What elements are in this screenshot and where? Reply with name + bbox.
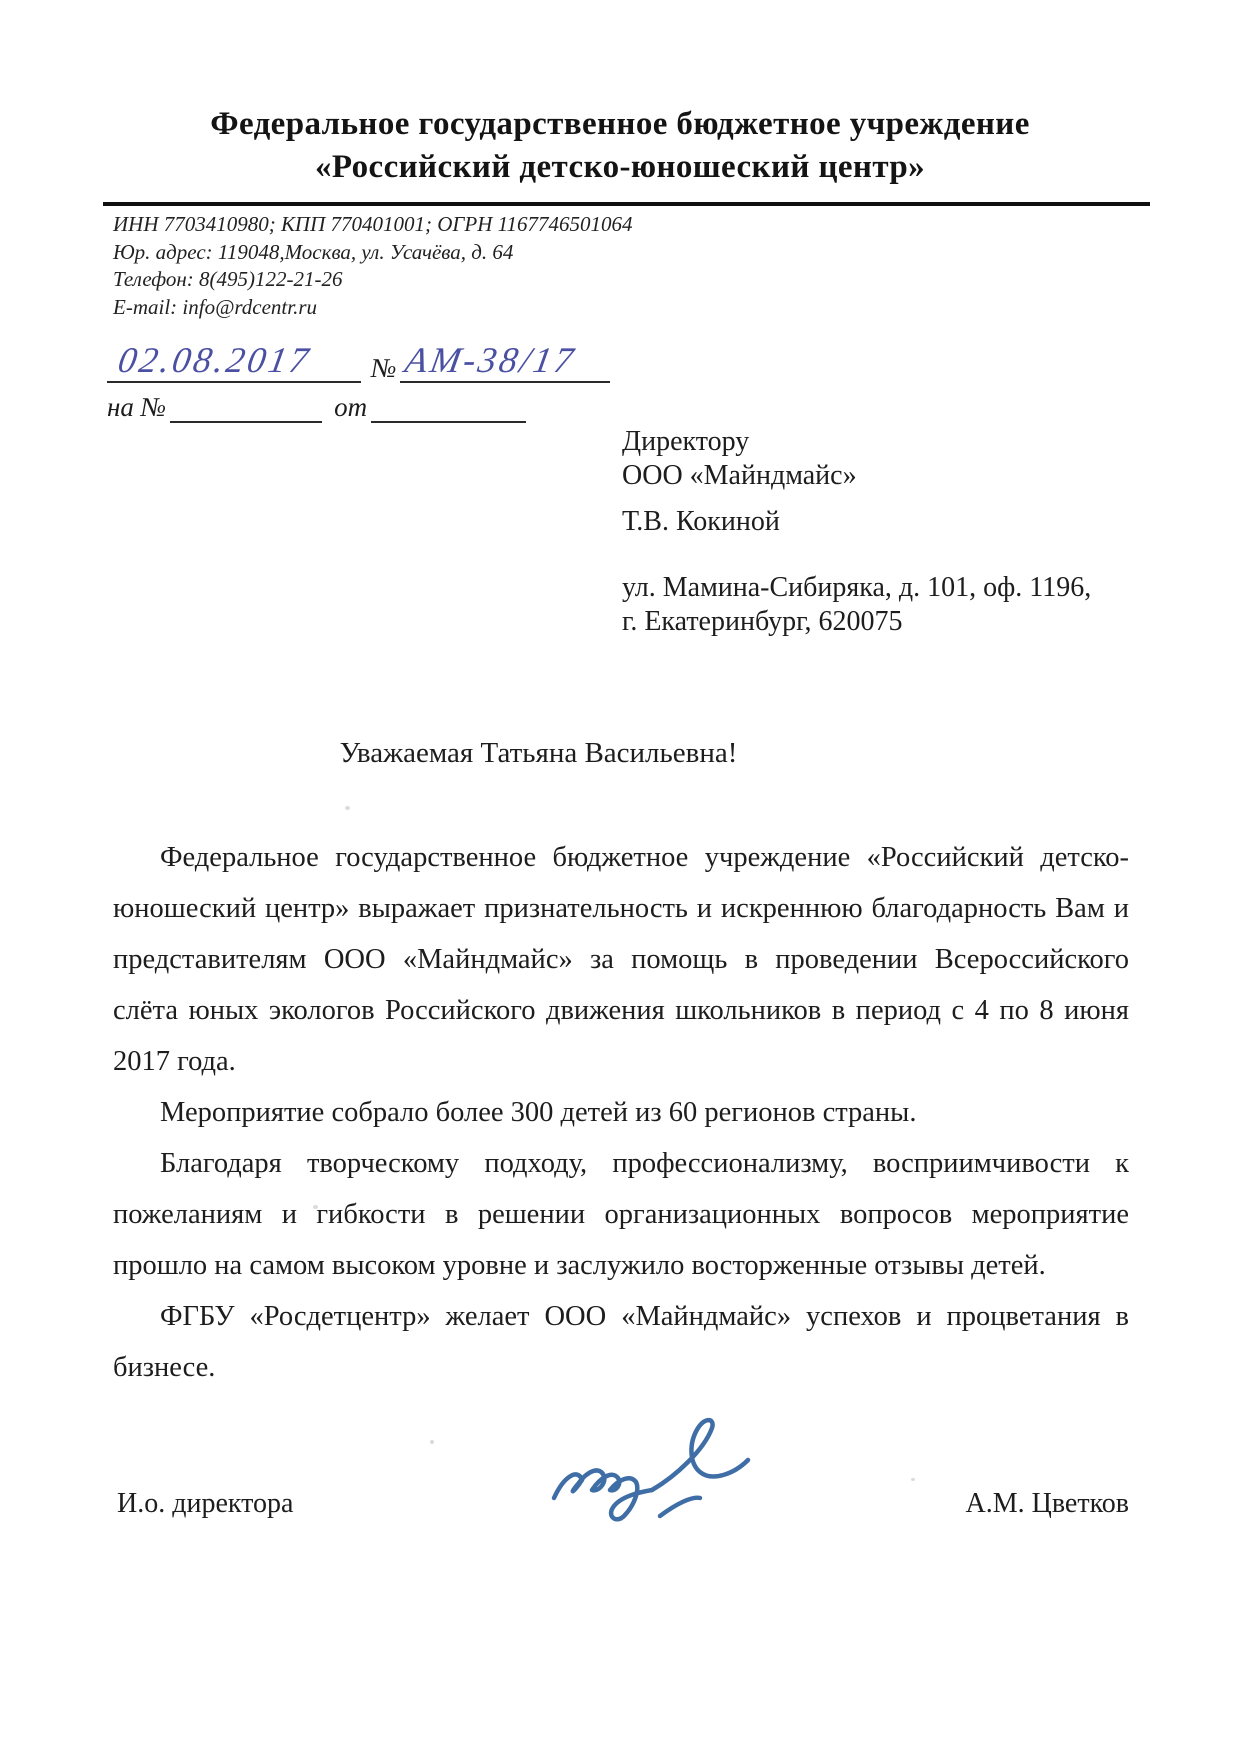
- body-paragraph-4: ФГБУ «Росдетцентр» желает ООО «Майндмайс…: [113, 1291, 1129, 1393]
- outgoing-reference-row: 02.08.2017 № АМ-38/17: [107, 331, 1240, 383]
- body-paragraph-1: Федеральное государственное бюджетное уч…: [113, 832, 1129, 1087]
- recipient-person: Т.В. Кокиной: [622, 505, 1091, 539]
- scan-speck: [368, 1267, 372, 1271]
- from-label: от: [334, 392, 367, 423]
- requisites-block: ИНН 7703410980; КПП 770401001; ОГРН 1167…: [113, 211, 1240, 321]
- signature-row: И.о. директора А.М. Цветков: [117, 1488, 1129, 1520]
- recipient-block: Директору ООО «Майндмайс» Т.В. Кокиной у…: [622, 425, 1091, 639]
- scan-speck: [430, 1440, 434, 1444]
- salutation-line: Уважаемая Татьяна Васильевна!: [113, 737, 1129, 770]
- requisites-phone: Телефон: 8(495)122-21-26: [113, 266, 1240, 294]
- recipient-position: Директору: [622, 425, 1091, 459]
- requisites-email: E-mail: info@rdcentr.ru: [113, 294, 1240, 322]
- handwritten-date: 02.08.2017: [115, 339, 314, 381]
- body-paragraph-2: Мероприятие собрало более 300 детей из 6…: [113, 1087, 1129, 1138]
- number-sign-label: №: [371, 353, 396, 383]
- reply-number-blank: [170, 387, 322, 423]
- outgoing-number-slot: АМ-38/17: [400, 339, 610, 383]
- scanned-letter-page: Федеральное государственное бюджетное уч…: [0, 0, 1240, 1754]
- handwritten-number: АМ-38/17: [402, 339, 579, 381]
- recipient-address-street: ул. Мамина-Сибиряка, д. 101, оф. 1196,: [622, 571, 1091, 605]
- body-paragraph-3: Благодаря творческому подходу, профессио…: [113, 1138, 1129, 1291]
- reply-reference-row: на № от: [107, 383, 1240, 423]
- recipient-spacer: [622, 539, 1091, 571]
- letter-body: Федеральное государственное бюджетное уч…: [113, 832, 1129, 1393]
- signer-position-title: И.о. директора: [117, 1488, 293, 1520]
- requisites-inn-kpp-ogrn: ИНН 7703410980; КПП 770401001; ОГРН 1167…: [113, 211, 1240, 239]
- scan-speck: [313, 1205, 318, 1209]
- reply-to-label: на №: [107, 392, 166, 423]
- letterhead-title-line1: Федеральное государственное бюджетное уч…: [0, 103, 1240, 146]
- letterhead-divider-rule: [103, 202, 1150, 206]
- letterhead-title-line2: «Российский детско-юношеский центр»: [0, 146, 1240, 189]
- requisites-legal-address: Юр. адрес: 119048,Москва, ул. Усачёва, д…: [113, 239, 1240, 267]
- letterhead-title: Федеральное государственное бюджетное уч…: [0, 0, 1240, 189]
- reply-date-blank: [371, 387, 526, 423]
- recipient-address-city: г. Екатеринбург, 620075: [622, 605, 1091, 639]
- scan-speck: [345, 806, 350, 810]
- signer-name: А.М. Цветков: [966, 1488, 1129, 1520]
- recipient-spacer: [622, 493, 1091, 505]
- recipient-company: ООО «Майндмайс»: [622, 459, 1091, 493]
- reference-form-area: 02.08.2017 № АМ-38/17 на № от: [107, 331, 1240, 423]
- scan-speck: [911, 1478, 915, 1481]
- outgoing-date-slot: 02.08.2017: [107, 339, 361, 383]
